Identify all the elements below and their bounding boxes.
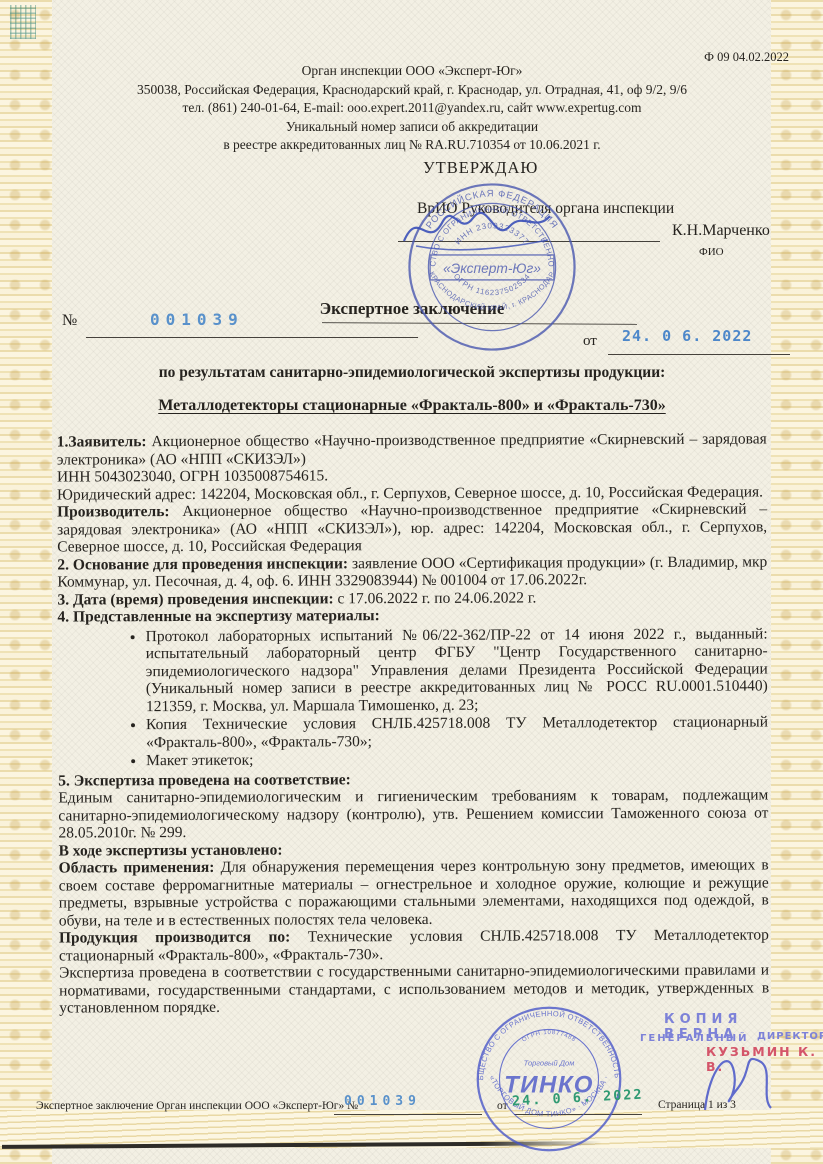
footer-number-rule bbox=[334, 1114, 482, 1115]
accreditation-line1: Уникальный номер записи об аккредитации bbox=[57, 118, 767, 137]
approver-name: К.Н.Марченко bbox=[672, 222, 770, 240]
document-number-stamp: 001039 bbox=[150, 310, 244, 329]
tinko-round-stamp-icon: ОБЩЕСТВО С ОГРАНИЧЕННОЙ ОТВЕТСТВЕННОСТЬЮ… bbox=[474, 1004, 624, 1154]
approve-label: УТВЕРЖДАЮ bbox=[423, 158, 538, 178]
paragraph: Экспертиза проведена в соответствии с го… bbox=[59, 961, 769, 1017]
svg-text:ОБЩЕСТВО С ОГРАНИЧЕННОЙ ОТВЕТС: ОБЩЕСТВО С ОГРАНИЧЕННОЙ ОТВЕТСТВЕННОСТЬЮ bbox=[474, 1004, 622, 1081]
date-label: от bbox=[583, 333, 597, 350]
number-label: № bbox=[62, 312, 77, 330]
tinko-ring-top: ОБЩЕСТВО С ОГРАНИЧЕННОЙ ОТВЕТСТВЕННОСТЬЮ bbox=[474, 1004, 622, 1081]
approver-signature-icon bbox=[398, 196, 558, 256]
org-name: Орган инспекции ООО «Эксперт-Юг» bbox=[57, 62, 767, 81]
list-item: Макет этикеток; bbox=[146, 749, 768, 769]
accreditation-line2: в реестре аккредитованных лиц № RA.RU.71… bbox=[57, 136, 767, 155]
paragraph: Продукция производится по: Технические у… bbox=[59, 926, 769, 964]
paragraph: 1.Заявитель: Акционерное общество «Научн… bbox=[57, 430, 767, 468]
footer-number-stamp: 001039 bbox=[344, 1094, 421, 1109]
document-date-stamp: 24. 0 6. 2022 bbox=[622, 327, 752, 345]
corner-pattern-fragment bbox=[10, 5, 36, 39]
svg-text:ОГРН 10877488: ОГРН 10877488 bbox=[521, 1030, 576, 1044]
paragraph: 4. Представленные на экспертизу материал… bbox=[57, 605, 767, 626]
document-body: 1.Заявитель: Акционерное общество «Научн… bbox=[57, 430, 770, 1017]
scanned-document-page: Ф 09 04.02.2022 Орган инспекции ООО «Экс… bbox=[0, 0, 823, 1164]
right-guilloche-border bbox=[771, 0, 823, 1164]
document-subtitle: по результатам санитарно-эпидемиологичес… bbox=[57, 364, 767, 382]
paragraph: Область применения: Для обнаружения пере… bbox=[59, 856, 769, 929]
product-title: Металлодетекторы стационарные «Фракталь-… bbox=[57, 397, 767, 415]
copy-signature-icon bbox=[683, 1028, 778, 1123]
fio-label: ФИО bbox=[699, 246, 724, 258]
tinko-center-small: Торговый Дом bbox=[524, 1059, 575, 1068]
org-contacts: тел. (861) 240-01-64, E-mail: ooo.expert… bbox=[57, 99, 767, 118]
tinko-ogrn: ОГРН 10877488 bbox=[521, 1030, 576, 1044]
list-item: Протокол лабораторных испытаний №06/22-3… bbox=[146, 625, 768, 715]
paragraph: Производитель: Акционерное общество «Нау… bbox=[57, 500, 767, 556]
paragraph: Единым санитарно-эпидемиологическим и ги… bbox=[58, 786, 768, 842]
paragraph: 2. Основание для проведения инспекции: з… bbox=[57, 553, 767, 591]
number-rule bbox=[86, 337, 418, 338]
materials-list: Протокол лабораторных испытаний №06/22-3… bbox=[58, 625, 769, 770]
left-guilloche-border bbox=[0, 0, 52, 1164]
stamp-center-name: «Эксперт-Юг» bbox=[443, 261, 541, 276]
org-header: Орган инспекции ООО «Эксперт-Юг» 350038,… bbox=[57, 62, 767, 155]
footer-label: Экспертное заключение Орган инспекции ОО… bbox=[36, 1100, 358, 1112]
date-rule bbox=[608, 354, 790, 355]
org-address: 350038, Российская Федерация, Краснодарс… bbox=[57, 81, 767, 100]
list-item: Копия Технические условия СНЛБ.425718.00… bbox=[146, 713, 768, 751]
